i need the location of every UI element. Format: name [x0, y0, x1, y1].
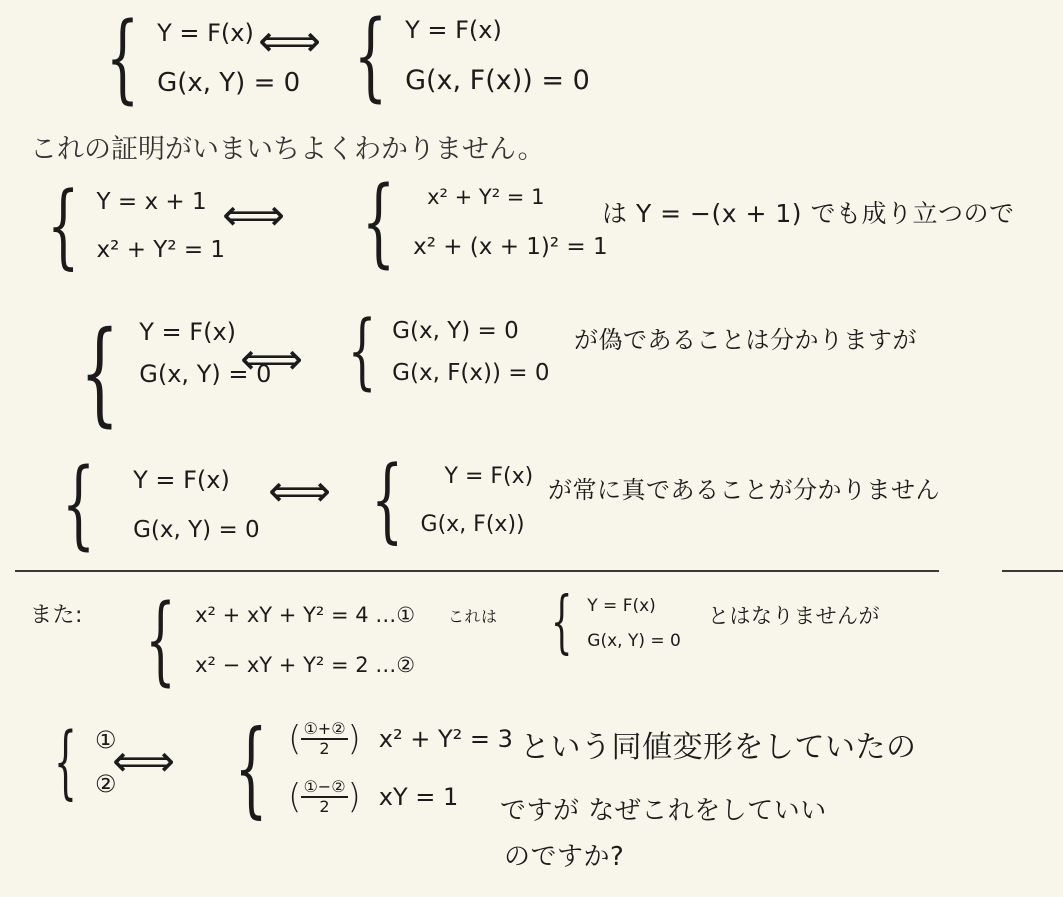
block2-comment: は Y = −(x + 1) でも成り立つので — [602, 194, 1015, 230]
equation: x² + Y² = 3 — [379, 725, 513, 753]
block4-comment: が常に真であることが分かりません — [548, 470, 940, 505]
equation: x² + Y² = 1 — [413, 185, 608, 209]
equation: G(x, Y) = 0 — [157, 68, 300, 98]
left-brace: { — [354, 6, 388, 106]
block5-comment: とはなりませんが — [708, 600, 880, 630]
typed-question: これの証明がいまいちよくわかりません。 — [30, 127, 545, 166]
block6-comment-line-3: のですか? — [504, 836, 624, 873]
iff-arrow-icon: ⟺ — [258, 20, 321, 64]
equation: Y = x + 1 — [97, 189, 226, 215]
handwritten-note-page: { Y = F(x) G(x, Y) = 0 ⟺ { Y = F(x) G(x,… — [0, 0, 1063, 897]
block6-comment-line-1: という同値変形をしていたの — [520, 722, 917, 766]
equation: x² − xY + Y² = 2 …② — [195, 653, 415, 677]
block5-prefix: また: — [30, 598, 83, 629]
left-brace: { — [47, 178, 79, 274]
equation: x² + Y² = 1 — [97, 237, 226, 263]
section-divider — [15, 570, 939, 572]
equation: G(x, F(x)) = 0 — [405, 65, 590, 96]
block5-pattern-system: { Y = F(x) G(x, Y) = 0 — [540, 588, 681, 658]
block3-right-system: { G(x, Y) = 0 G(x, F(x)) = 0 — [336, 310, 550, 394]
equation: x² + xY + Y² = 4 …① — [195, 603, 415, 627]
left-brace: { — [348, 310, 377, 394]
block2-left-system: { Y = x + 1 x² + Y² = 1 — [34, 178, 225, 274]
iff-arrow-icon: ⟺ — [268, 470, 331, 514]
equation: G(x, F(x)) = 0 — [392, 360, 549, 386]
equation: Y = F(x) — [421, 464, 534, 489]
block5-middle-text: これは — [448, 604, 498, 627]
block5-system: { x² + xY + Y² = 4 …① x² − xY + Y² = 2 …… — [130, 590, 415, 690]
left-brace: { — [371, 452, 403, 548]
iff-arrow-icon: ⟺ — [222, 194, 285, 238]
fraction: ①−② 2 — [301, 778, 347, 815]
left-brace: { — [235, 712, 268, 824]
block1-right-system: { Y = F(x) G(x, F(x)) = 0 — [340, 6, 590, 106]
equation: G(x, Y) = 0 — [587, 631, 681, 651]
fraction: ①+② 2 — [301, 720, 347, 757]
equation: Y = F(x) — [113, 466, 260, 494]
left-brace: { — [551, 588, 573, 658]
block6-right-system: { ( ①+② 2 ) x² + Y² = 3 ( ①−② 2 ) xY = 1 — [218, 712, 513, 824]
iff-arrow-icon: ⟺ — [240, 338, 303, 382]
block6-comment-line-2: ですが なぜこれをしていい — [500, 790, 827, 827]
equation: Y = F(x) — [587, 596, 681, 616]
derived-equation-row: ( ①−② 2 ) xY = 1 — [288, 777, 513, 817]
block2-right-system: { x² + Y² = 1 x² + (x + 1)² = 1 — [348, 172, 608, 272]
left-brace: { — [62, 454, 96, 554]
section-divider — [1002, 570, 1063, 572]
equation: G(x, Y) = 0 — [113, 517, 260, 543]
derived-equation-row: ( ①+② 2 ) x² + Y² = 3 — [288, 719, 513, 759]
equation: G(x, F(x)) — [421, 512, 534, 537]
left-brace: { — [54, 718, 77, 806]
left-brace: { — [106, 8, 140, 108]
block3-comment: が偽であることは分かりますが — [574, 320, 917, 355]
equation: xY = 1 — [379, 783, 459, 811]
left-brace: { — [145, 590, 176, 690]
equation: Y = F(x) — [405, 16, 590, 44]
block4-right-system: { Y = F(x) G(x, F(x)) — [358, 452, 533, 548]
block6-left-system: { ① ② — [40, 718, 116, 806]
equation: G(x, Y) = 0 — [392, 318, 549, 344]
iff-arrow-icon: ⟺ — [112, 740, 175, 784]
equation: x² + (x + 1)² = 1 — [413, 234, 608, 260]
left-brace: { — [362, 172, 396, 272]
left-brace: { — [80, 314, 119, 432]
block4-left-system: { Y = F(x) G(x, Y) = 0 — [48, 454, 260, 554]
